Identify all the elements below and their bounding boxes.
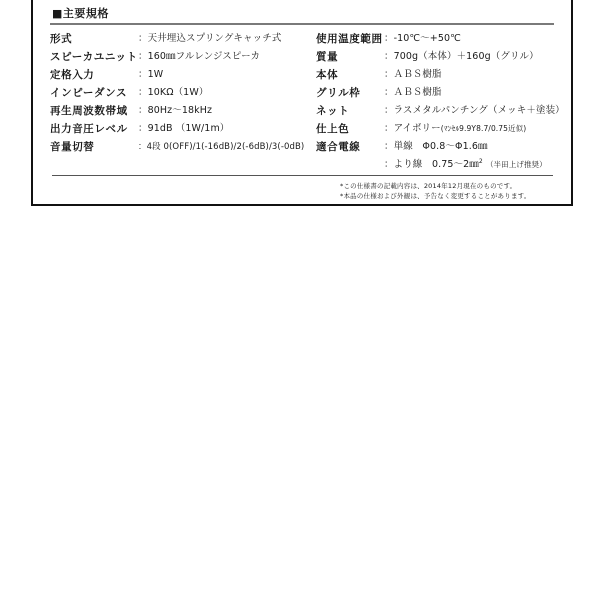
- spec-value: ：ＡＢＳ樹脂: [384, 84, 442, 102]
- spec-value-sup: 2: [479, 158, 483, 165]
- section-title: ■主要規格: [52, 5, 109, 21]
- spec-label: 再生周波数帯域: [50, 102, 128, 120]
- spec-value: ：より線 0.75～2㎜2 （半田上げ推奨）: [384, 156, 547, 174]
- footer-divider: [52, 175, 553, 176]
- header-divider: [50, 23, 554, 25]
- footnote: *この仕様書の記載内容は、2014年12月現在のものです。: [340, 181, 531, 191]
- spec-value: ：-10℃～+50℃: [384, 30, 461, 48]
- spec-value: ：160㎜フルレンジスピーカ: [138, 48, 260, 66]
- spec-label: ネット: [316, 102, 349, 120]
- spec-label: 適合電線: [316, 138, 360, 156]
- spec-label: 出力音圧レベル: [50, 120, 128, 138]
- spec-value: ：700g（本体）＋160g（グリル）: [384, 48, 539, 66]
- spec-value-note: (ﾏﾝｾﾙ9.9Y8.7/0.75近似): [441, 124, 527, 133]
- spec-value: ：10KΩ（1W）: [138, 84, 208, 102]
- spec-value: ：91dB （1W/1m）: [138, 120, 229, 138]
- spec-label: スピーカユニット: [50, 48, 138, 66]
- spec-value: ：1W: [138, 66, 163, 84]
- spec-value-note: （半田上げ推奨）: [486, 160, 547, 169]
- spec-label: 本体: [316, 66, 338, 84]
- spec-value-main: ：より線 0.75～2㎜: [384, 159, 479, 170]
- spec-value: ：ＡＢＳ樹脂: [384, 66, 442, 84]
- spec-value: ：ラスメタルパンチング（メッキ＋塗装）: [384, 102, 565, 120]
- spec-label: 定格入力: [50, 66, 94, 84]
- spec-label: 形式: [50, 30, 72, 48]
- spec-value: ：80Hz～18kHz: [138, 102, 212, 120]
- spec-value-main: ：アイボリー: [384, 123, 441, 134]
- spec-label: 使用温度範囲: [316, 30, 383, 48]
- footnote: *本品の仕様および外観は、予告なく変更することがあります。: [340, 191, 531, 201]
- footnotes: *この仕様書の記載内容は、2014年12月現在のものです。 *本品の仕様および外…: [340, 181, 531, 201]
- spec-value: ：単線 Φ0.8～Φ1.6㎜: [384, 138, 488, 156]
- spec-value: ：天井埋込スプリングキャッチ式: [138, 30, 281, 48]
- spec-label: 質量: [316, 48, 338, 66]
- spec-value: ：アイボリー(ﾏﾝｾﾙ9.9Y8.7/0.75近似): [384, 120, 526, 138]
- spec-label: グリル枠: [316, 84, 360, 102]
- spec-value: ：4段 0(OFF)/1(-16dB)/2(-6dB)/3(-0dB): [138, 138, 304, 156]
- spec-label: インピーダンス: [50, 84, 127, 102]
- spec-label: 音量切替: [50, 138, 94, 156]
- spec-label: 仕上色: [316, 120, 349, 138]
